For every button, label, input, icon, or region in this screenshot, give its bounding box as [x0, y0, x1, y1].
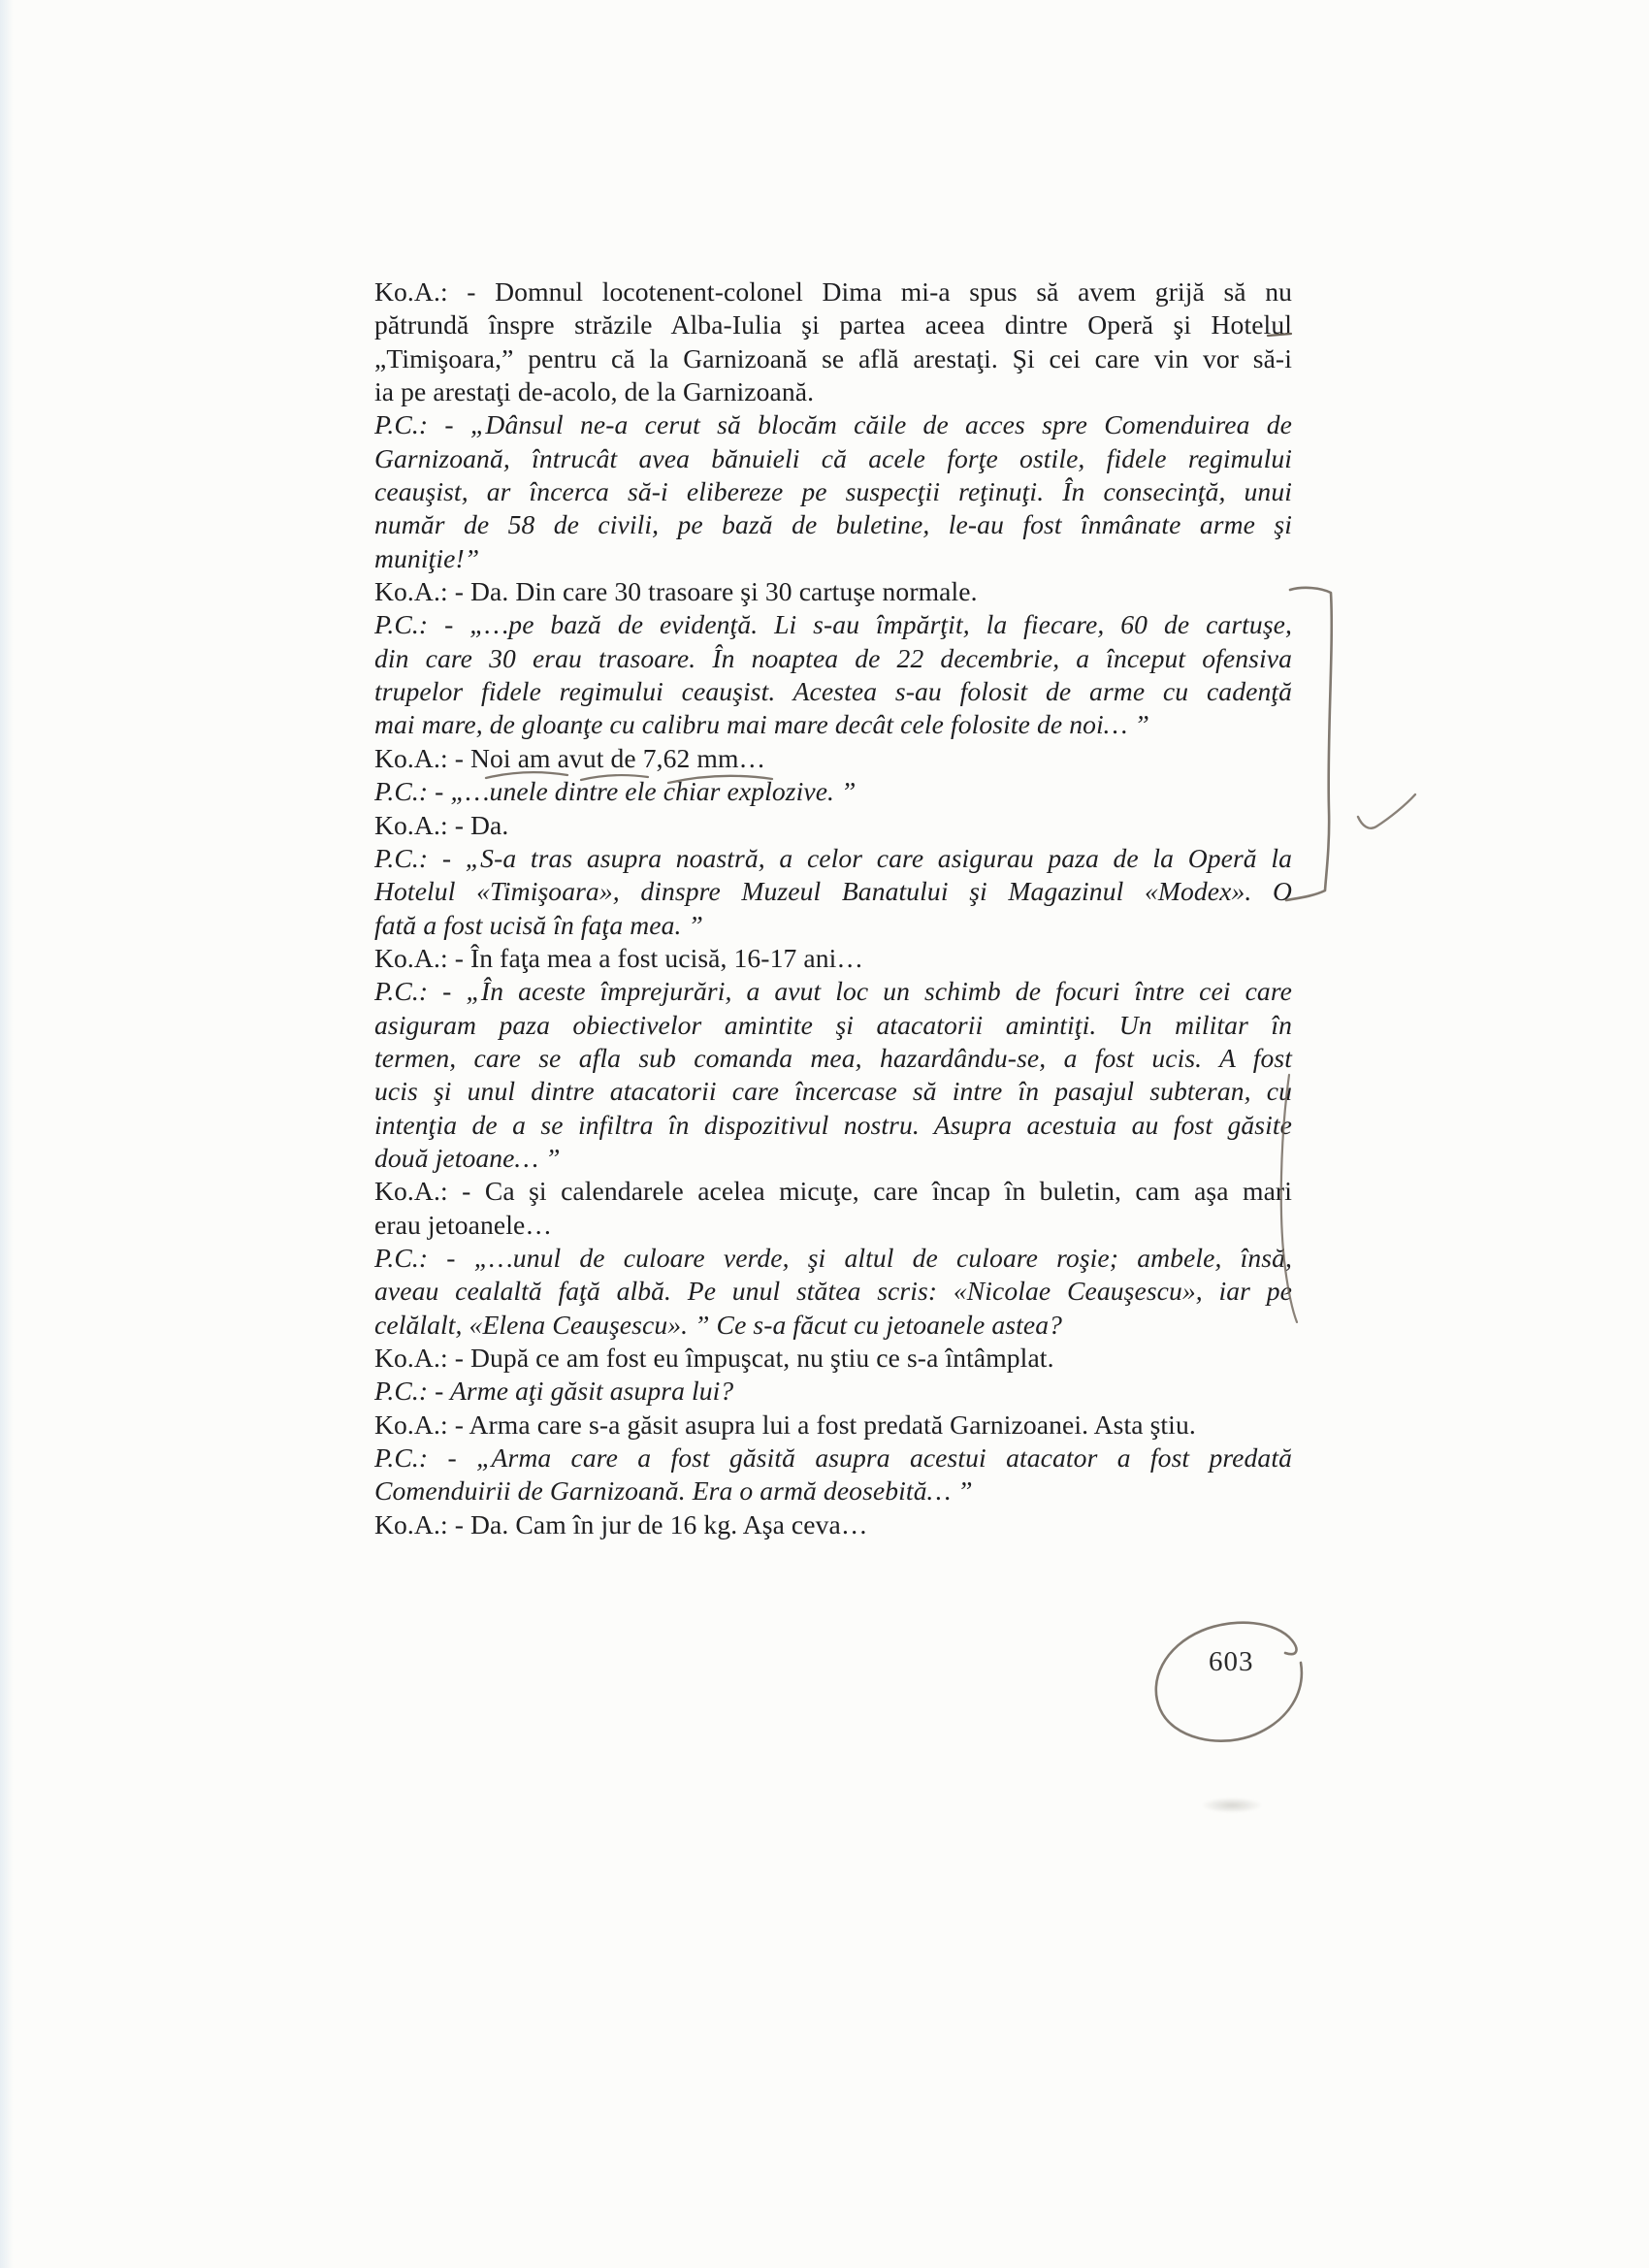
transcript-line: Ko.A.: - Da. Cam în jur de 16 kg. Aşa ce…	[374, 1508, 1292, 1541]
transcript-line: Ko.A.: - Da. Din care 30 trasoare şi 30 …	[374, 575, 1292, 608]
paragraph: P.C.: - „S-a tras asupra noastră, a celo…	[374, 842, 1292, 942]
scan-smudge	[1201, 1798, 1263, 1813]
transcript-line: pătrundă înspre străzile Alba-Iulia şi p…	[374, 308, 1292, 341]
page-number: 603	[1209, 1646, 1296, 1678]
transcript-line: Ko.A.: - Domnul locotenent-colonel Dima …	[374, 275, 1292, 308]
paragraph: Ko.A.: - Ca şi calendarele acelea micuţe…	[374, 1175, 1292, 1242]
transcript-line: Hotelul «Timişoara», dinspre Muzeul Bana…	[374, 875, 1292, 908]
paragraph: Ko.A.: - Da.	[374, 809, 1292, 842]
transcript-line: ia pe arestaţi de-acolo, de la Garnizoan…	[374, 375, 1292, 408]
transcript-line: Ko.A.: - După ce am fost eu împuşcat, nu…	[374, 1342, 1292, 1375]
transcript-line: P.C.: - „S-a tras asupra noastră, a celo…	[374, 842, 1292, 875]
paragraph: Ko.A.: - Domnul locotenent-colonel Dima …	[374, 275, 1292, 408]
transcript-line: „Timişoara,” pentru că la Garnizoană se …	[374, 342, 1292, 375]
paragraph: Ko.A.: - Da. Cam în jur de 16 kg. Aşa ce…	[374, 1508, 1292, 1541]
transcript-line: Ko.A.: - În faţa mea a fost ucisă, 16-17…	[374, 942, 1292, 975]
transcript-line: mai mare, de gloanţe cu calibru mai mare…	[374, 708, 1292, 741]
transcript-line: Ko.A.: - Arma care s-a găsit asupra lui …	[374, 1409, 1292, 1442]
paragraph: P.C.: - „Dânsul ne-a cerut să blocăm căi…	[374, 408, 1292, 575]
transcript-line: Ko.A.: - Da.	[374, 809, 1292, 842]
transcript-line: din care 30 erau trasoare. În noaptea de…	[374, 642, 1292, 675]
transcript-line: aveau cealaltă faţă albă. Pe unul stătea…	[374, 1275, 1292, 1308]
transcript-line: număr de 58 de civili, pe bază de buleti…	[374, 508, 1292, 541]
transcript-line: ceauşist, ar încerca să-i elibereze pe s…	[374, 475, 1292, 508]
transcript-line: P.C.: - „…pe bază de evidenţă. Li s-au î…	[374, 608, 1292, 641]
transcript-line: Ko.A.: - Noi am avut de 7,62 mm…	[374, 742, 1292, 775]
paragraph: P.C.: - „…pe bază de evidenţă. Li s-au î…	[374, 608, 1292, 741]
transcript-line: P.C.: - „Arma care a fost găsită asupra …	[374, 1442, 1292, 1474]
transcript-line: celălalt, «Elena Ceauşescu». ” Ce s-a fă…	[374, 1309, 1292, 1342]
transcript-line: ucis şi unul dintre atacatorii care înce…	[374, 1075, 1292, 1108]
transcript-line: P.C.: - „Dânsul ne-a cerut să blocăm căi…	[374, 408, 1292, 441]
paragraph: Ko.A.: - După ce am fost eu împuşcat, nu…	[374, 1342, 1292, 1375]
paragraph: P.C.: - „În aceste împrejurări, a avut l…	[374, 975, 1292, 1175]
transcript: Ko.A.: - Domnul locotenent-colonel Dima …	[374, 275, 1292, 1541]
transcript-line: două jetoane… ”	[374, 1142, 1292, 1175]
transcript-line: Ko.A.: - Ca şi calendarele acelea micuţe…	[374, 1175, 1292, 1208]
transcript-line: termen, care se afla sub comanda mea, ha…	[374, 1042, 1292, 1075]
transcript-line: asiguram paza obiectivelor amintite şi a…	[374, 1009, 1292, 1042]
pen-bracket-annotation	[1286, 588, 1332, 900]
transcript-line: fată a fost ucisă în faţa mea. ”	[374, 909, 1292, 942]
scanner-edge-shadow	[0, 0, 14, 2268]
transcript-line: muniţie!”	[374, 542, 1292, 575]
transcript-line: trupelor fidele regimului ceauşist. Aces…	[374, 675, 1292, 708]
paragraph: Ko.A.: - Noi am avut de 7,62 mm…	[374, 742, 1292, 775]
paragraph: P.C.: - „…unul de culoare verde, şi altu…	[374, 1242, 1292, 1342]
transcript-line: Garnizoană, întrucât avea bănuieli că ac…	[374, 442, 1292, 475]
paragraph: Ko.A.: - Arma care s-a găsit asupra lui …	[374, 1409, 1292, 1442]
scanned-document-page: Ko.A.: - Domnul locotenent-colonel Dima …	[0, 0, 1649, 2268]
paragraph: Ko.A.: - În faţa mea a fost ucisă, 16-17…	[374, 942, 1292, 975]
transcript-line: intenţia de a se infiltra în dispozitivu…	[374, 1109, 1292, 1142]
paragraph: P.C.: - Arme aţi găsit asupra lui?	[374, 1375, 1292, 1408]
transcript-line: P.C.: - „…unul de culoare verde, şi altu…	[374, 1242, 1292, 1275]
paragraph: P.C.: - „Arma care a fost găsită asupra …	[374, 1442, 1292, 1508]
paragraph: Ko.A.: - Da. Din care 30 trasoare şi 30 …	[374, 575, 1292, 608]
transcript-line: Comenduirii de Garnizoană. Era o armă de…	[374, 1474, 1292, 1507]
transcript-line: erau jetoanele…	[374, 1209, 1292, 1242]
pen-checkmark-annotation	[1358, 794, 1415, 828]
paragraph: P.C.: - „…unele dintre ele chiar explozi…	[374, 775, 1292, 808]
transcript-line: P.C.: - Arme aţi găsit asupra lui?	[374, 1375, 1292, 1408]
pen-circle-annotation	[1156, 1623, 1302, 1741]
transcript-line: P.C.: - „În aceste împrejurări, a avut l…	[374, 975, 1292, 1008]
transcript-line: P.C.: - „…unele dintre ele chiar explozi…	[374, 775, 1292, 808]
